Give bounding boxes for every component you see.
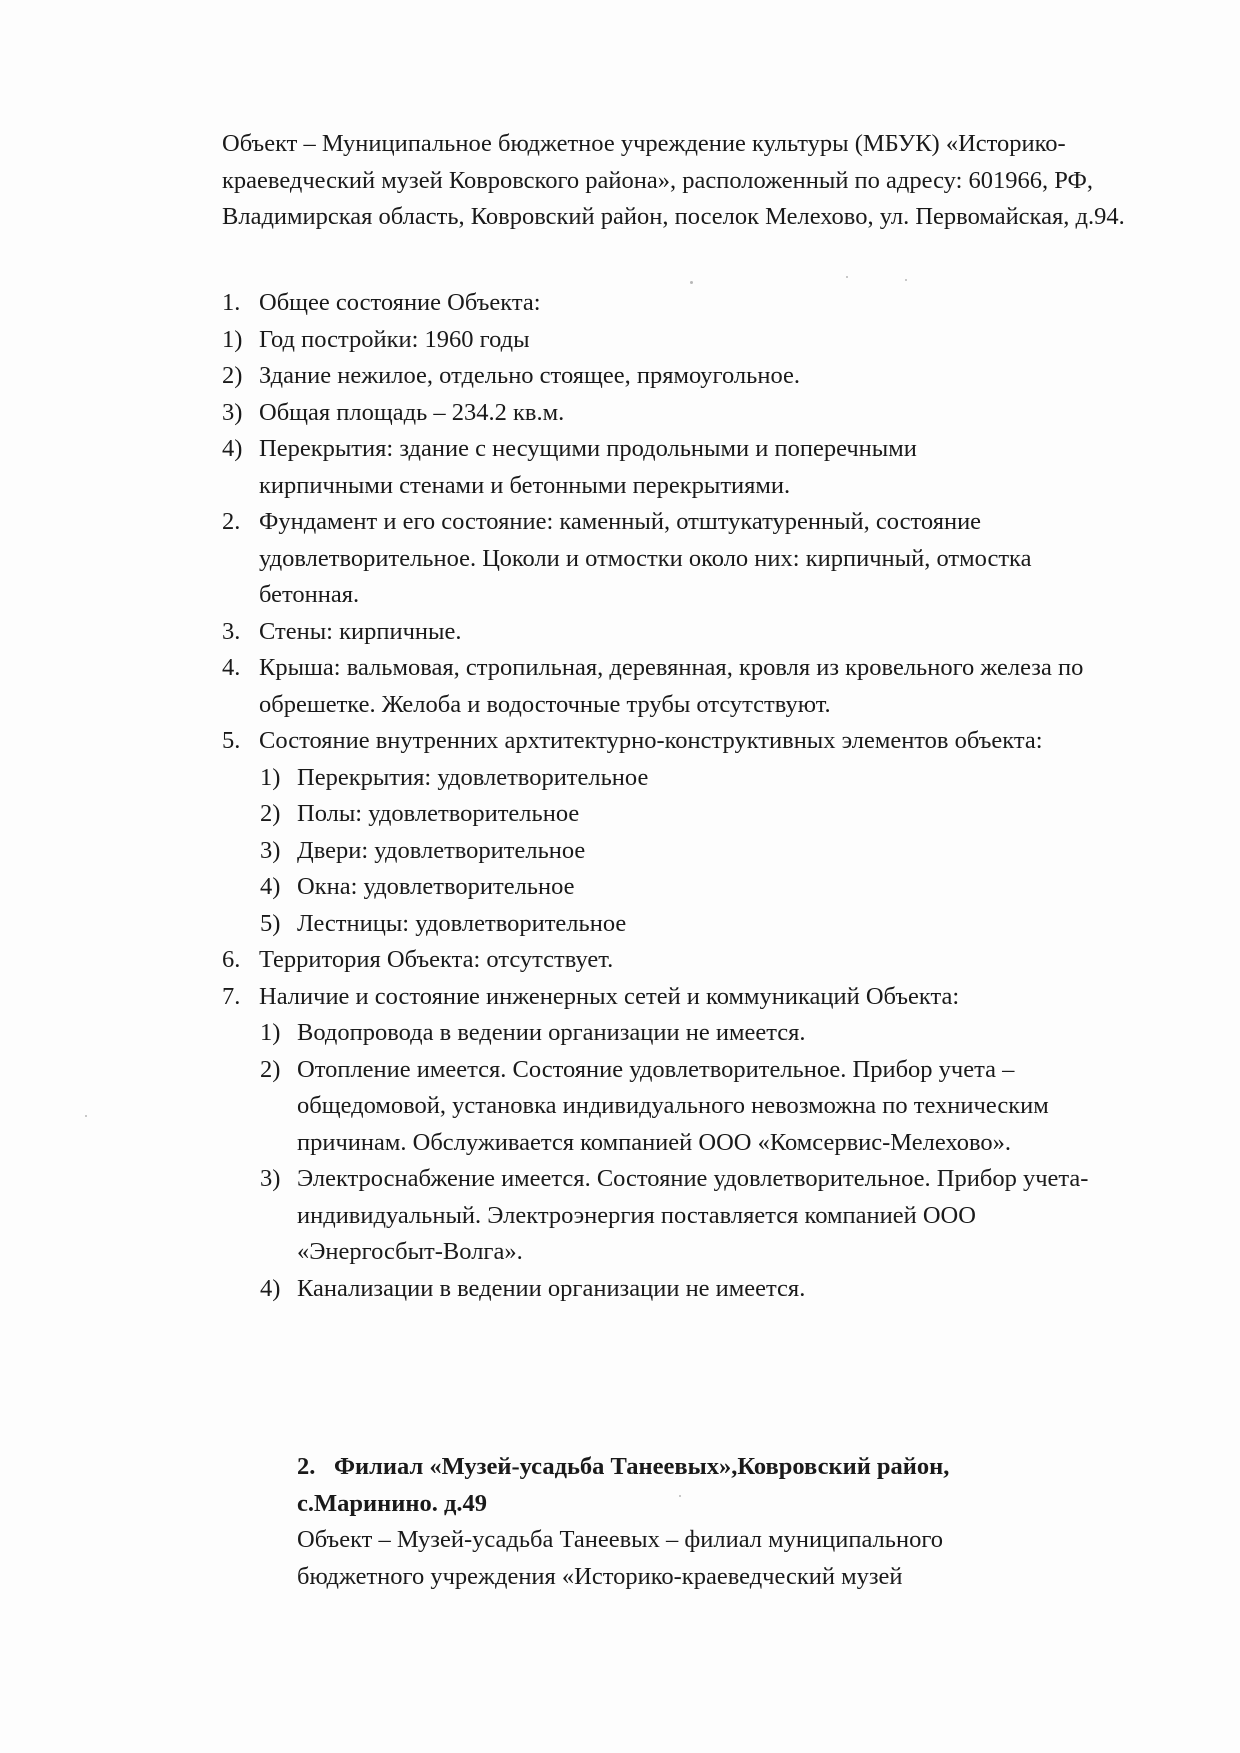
item-text: Здание нежилое, отдельно стоящее, прямоу… [222,358,1182,395]
sub-list-item: 1) Водопровода в ведении организации не … [222,1015,1182,1052]
item-text: Крыша: вальмовая, стропильная, деревянна… [222,650,1119,723]
item-text: Окна: удовлетворительное [222,869,1182,906]
item-number: 1) [260,1015,280,1052]
item-text: Наличие и состояние инженерных сетей и к… [222,979,1182,1016]
sub-list-item: 3) Электроснабжение имеется. Состояние у… [222,1161,1182,1271]
item-text: Фундамент и его состояние: каменный, отш… [222,504,1059,614]
sub-list-item: 3) Двери: удовлетворительное [222,833,1182,870]
sub-list-item: 5) Лестницы: удовлетворительное [222,906,1182,943]
sub-list-item: 4) Канализации в ведении организации не … [222,1271,1182,1308]
item-number: 3. [222,614,240,651]
list-item: 4) Перекрытия: здание с несущими продоль… [222,431,1182,504]
scanned-page: Объект – Муниципальное бюджетное учрежде… [0,0,1240,1753]
item-text: Год постройки: 1960 годы [222,322,1182,359]
list-item: 7. Наличие и состояние инженерных сетей … [222,979,1182,1016]
item-text: Отопление имеется. Состояние удовлетвори… [222,1052,1102,1162]
list-item: 1) Год постройки: 1960 годы [222,322,1182,359]
section-number: 2. [297,1449,334,1486]
item-text: Общее состояние Объекта: [222,285,1182,322]
item-number: 5) [260,906,280,943]
item-text: Перекрытия: удовлетворительное [222,760,1182,797]
item-number: 4) [260,1271,280,1308]
section-heading: 2.Филиал «Музей-усадьба Танеевых»,Ковров… [297,1449,1177,1486]
condition-list: 1. Общее состояние Объекта: 1) Год постр… [222,285,1182,1307]
item-number: 3) [260,833,280,870]
list-item: 4. Крыша: вальмовая, стропильная, деревя… [222,650,1182,723]
item-number: 2. [222,504,240,541]
item-number: 5. [222,723,240,760]
item-text: Полы: удовлетворительное [222,796,1182,833]
item-number: 2) [260,796,280,833]
sub-list-item: 2) Полы: удовлетворительное [222,796,1182,833]
scan-speck [85,1115,87,1117]
sub-list-item: 4) Окна: удовлетворительное [222,869,1182,906]
scan-speck [846,276,848,278]
list-item: 2. Фундамент и его состояние: каменный, … [222,504,1182,614]
list-item: 1. Общее состояние Объекта: [222,285,1182,322]
list-item: 5. Состояние внутренних архтитектурно-ко… [222,723,1182,760]
item-text: Электроснабжение имеется. Состояние удов… [222,1161,1112,1271]
item-text: Состояние внутренних архтитектурно-конст… [222,723,1059,760]
item-text: Территория Объекта: отсутствует. [222,942,1182,979]
item-number: 1) [222,322,242,359]
item-text: Канализации в ведении организации не име… [222,1271,1182,1308]
item-text: Лестницы: удовлетворительное [222,906,1182,943]
section-body: Объект – Музей-усадьба Танеевых – филиал… [297,1522,1067,1595]
section-heading-line-2: с.Маринино. д.49 [297,1486,1177,1523]
heading-line-1: Филиал «Музей-усадьба Танеевых»,Ковровск… [334,1453,949,1480]
item-text: Перекрытия: здание с несущими продольным… [222,431,989,504]
list-item: 3. Стены: кирпичные. [222,614,1182,651]
item-number: 1) [260,760,280,797]
item-number: 4) [260,869,280,906]
sub-list-item: 1) Перекрытия: удовлетворительное [222,760,1182,797]
item-text: Водопровода в ведении организации не име… [222,1015,1182,1052]
branch-section: 2.Филиал «Музей-усадьба Танеевых»,Ковров… [297,1449,1177,1595]
list-item: 2) Здание нежилое, отдельно стоящее, пря… [222,358,1182,395]
item-number: 2) [222,358,242,395]
list-item: 3) Общая площадь – 234.2 кв.м. [222,395,1182,432]
sub-list-item: 2) Отопление имеется. Состояние удовлетв… [222,1052,1182,1162]
item-number: 6. [222,942,240,979]
scan-speck [679,1495,681,1497]
item-number: 7. [222,979,240,1016]
list-item: 6. Территория Объекта: отсутствует. [222,942,1182,979]
scan-speck [690,281,693,284]
item-text: Стены: кирпичные. [222,614,1182,651]
item-text: Общая площадь – 234.2 кв.м. [222,395,1182,432]
item-number: 3) [260,1161,280,1198]
item-number: 1. [222,285,240,322]
item-text: Двери: удовлетворительное [222,833,1182,870]
item-number: 3) [222,395,242,432]
item-number: 4. [222,650,240,687]
scan-speck [905,279,907,281]
item-number: 2) [260,1052,280,1089]
intro-paragraph: Объект – Муниципальное бюджетное учрежде… [222,126,1167,236]
item-number: 4) [222,431,242,468]
object-description: Объект – Муниципальное бюджетное учрежде… [222,126,1182,236]
